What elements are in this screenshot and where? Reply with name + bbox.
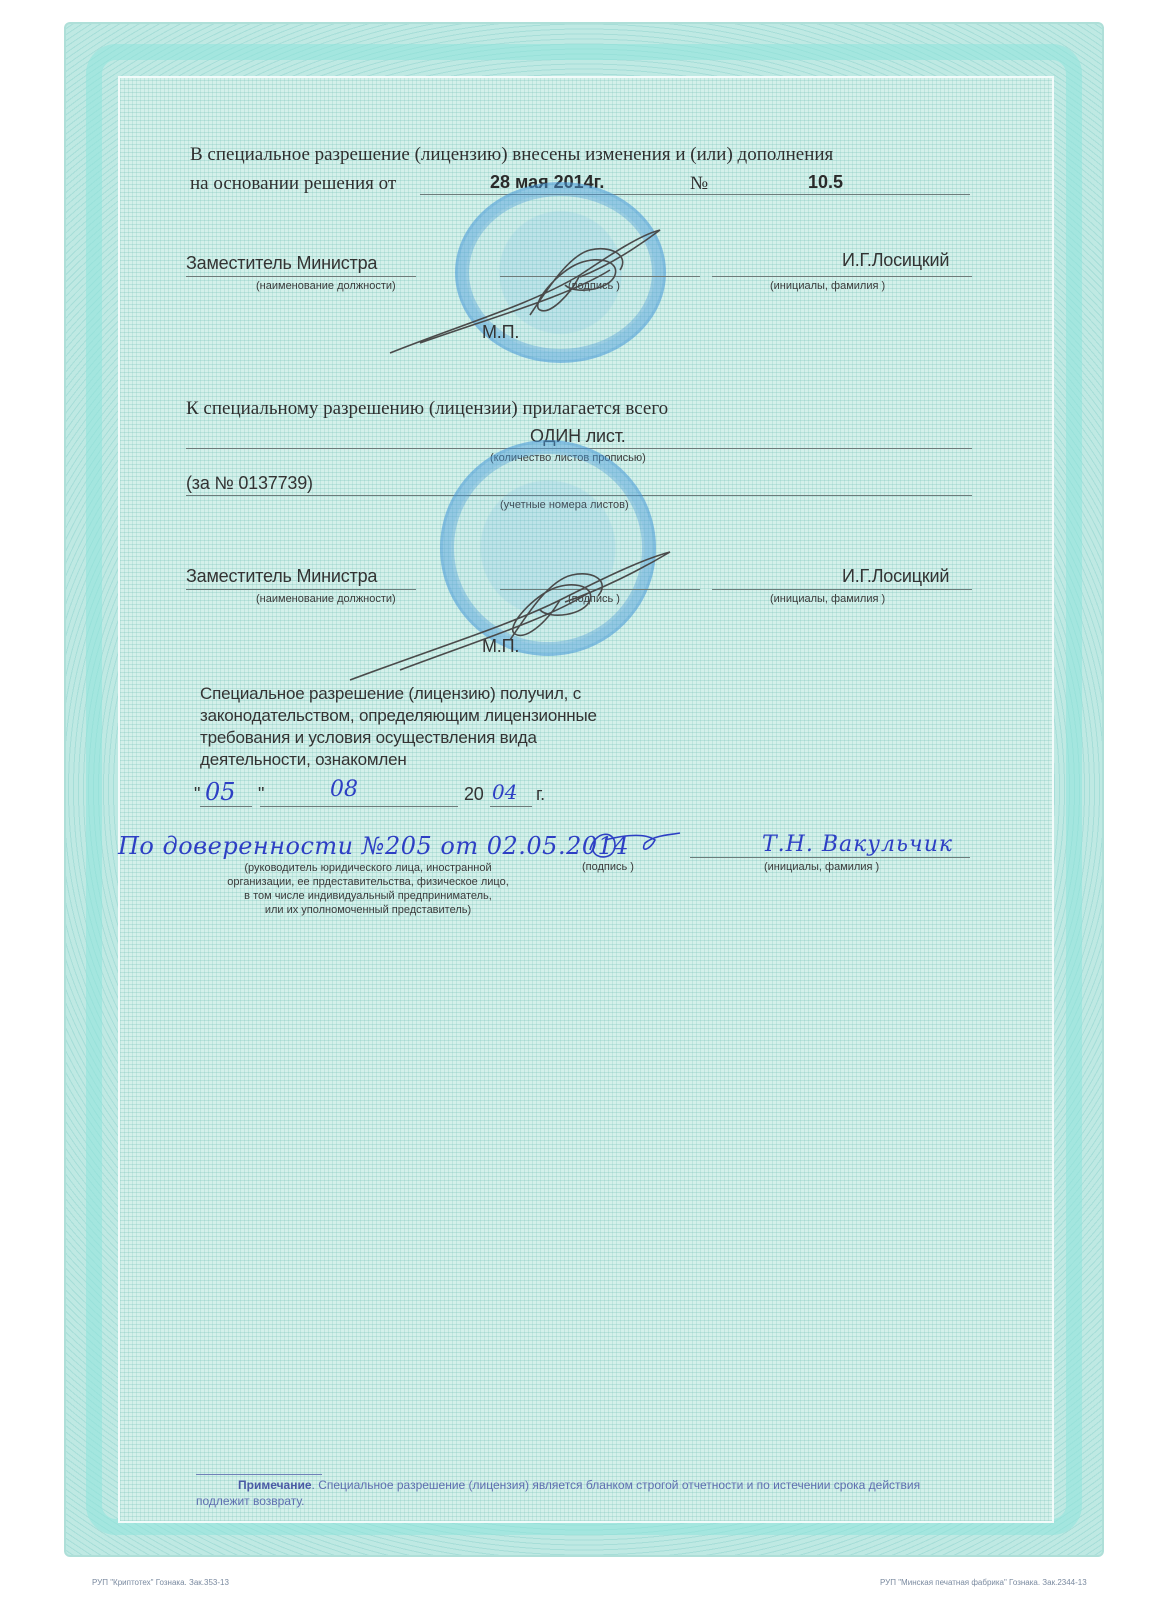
name-caption-2: (инициалы, фамилия ) — [770, 593, 885, 605]
holder-name-caption: (инициалы, фамилия ) — [764, 861, 879, 873]
date-year-prefix: 20 — [464, 784, 484, 805]
note-line1: Примечание. Специальное разрешение (лице… — [238, 1478, 920, 1492]
date-quote-close: " — [258, 784, 264, 805]
signatory-name-1: И.Г.Лосицкий — [842, 250, 949, 271]
name-underline-1 — [712, 276, 972, 277]
note-text: . Специальное разрешение (лицензия) явля… — [312, 1478, 921, 1492]
note-divider — [196, 1474, 322, 1475]
holder-caption: (руководитель юридического лица, иностра… — [188, 861, 548, 917]
holder-caption-line: (руководитель юридического лица, иностра… — [188, 861, 548, 875]
handwritten-signature-1 — [380, 215, 680, 365]
date-quote-open: " — [194, 784, 200, 805]
signatory-name-2: И.Г.Лосицкий — [842, 566, 949, 587]
amendment-line1: В специальное разрешение (лицензию) внес… — [190, 144, 833, 166]
attachments-intro: К специальному разрешению (лицензии) при… — [186, 398, 668, 420]
holder-name-underline — [690, 857, 970, 858]
receipt-text-line: законодательством, определяющим лицензио… — [200, 705, 597, 727]
print-mark-left: РУП "Криптотех" Гознака. Зак.353-13 — [92, 1578, 229, 1587]
date-year-suffix: 04 — [492, 780, 517, 804]
handwritten-signature-2 — [340, 530, 680, 690]
amendment-line2-prefix: на основании решения от — [190, 173, 396, 195]
handwritten-proxy-basis: По доверенности №205 от 02.05.2014 — [118, 832, 629, 860]
holder-caption-line: организации, ее прдеставительства, физич… — [188, 875, 548, 889]
holder-caption-line: в том числе индивидуальный предпринимате… — [188, 889, 548, 903]
note-label: Примечание — [238, 1478, 312, 1492]
receipt-text-line: требования и условия осуществления вида — [200, 727, 597, 749]
receipt-text-line: деятельности, ознакомлен — [200, 749, 597, 771]
decision-number: 10.5 — [808, 172, 843, 193]
note-line2: подлежит возврату. — [196, 1494, 305, 1508]
holder-signature-caption: (подпись ) — [582, 861, 634, 873]
name-caption-1: (инициалы, фамилия ) — [770, 280, 885, 292]
position-title-1: Заместитель Министра — [186, 253, 377, 274]
number-sign: № — [690, 173, 708, 195]
date-day: 05 — [205, 778, 236, 806]
receipt-text-line: Специальное разрешение (лицензию) получи… — [200, 683, 597, 705]
receipt-text: Специальное разрешение (лицензию) получи… — [200, 683, 597, 771]
date-year-unit: г. — [536, 784, 545, 805]
print-mark-right: РУП "Минская печатная фабрика" Гознака. … — [880, 1578, 1087, 1587]
date-month: 08 — [330, 777, 358, 802]
date-month-underline — [260, 806, 458, 807]
holder-signature — [585, 825, 685, 865]
holder-caption-line: или их уполномоченный представитель) — [188, 903, 548, 917]
position-caption-1: (наименование должности) — [256, 280, 396, 292]
registration-numbers: (за № 0137739) — [186, 473, 313, 494]
date-day-underline — [200, 806, 252, 807]
date-year-underline — [490, 806, 532, 807]
name-underline-2 — [712, 589, 972, 590]
handwritten-holder-name: Т.Н. Вакульчик — [762, 832, 953, 857]
